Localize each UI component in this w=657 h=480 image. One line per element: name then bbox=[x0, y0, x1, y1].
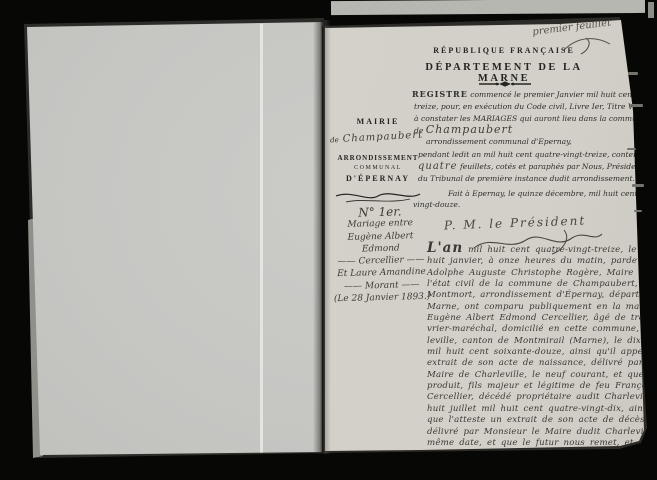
act-body-line: l'état civil de la commune de Champauber… bbox=[427, 279, 653, 290]
act-body-line: vrier-maréchal, domicilié en cette commu… bbox=[427, 324, 653, 335]
act-body: L'an mil huit cent quatre-vingt-treize, … bbox=[427, 243, 653, 449]
act-body-line: délivré par Monsieur le Maire dudit Char… bbox=[427, 427, 653, 438]
act-initial: L'an bbox=[427, 240, 463, 256]
act-body-line: produit, fils majeur et légitime de feu … bbox=[427, 381, 653, 392]
epernay-label: D'ÉPERNAY bbox=[334, 174, 422, 183]
act-body-line: mil huit cent soixante-douze, ainsi qu'i… bbox=[427, 347, 653, 358]
registre-line-4: de Champaubert bbox=[414, 124, 513, 137]
registre-line-6: pendant ledit an mil huit cent quatre-vi… bbox=[418, 149, 650, 161]
ornament-divider bbox=[477, 80, 533, 88]
republique-title: RÉPUBLIQUE FRANÇAISE bbox=[428, 46, 580, 55]
registre-line-1: REGISTRE commencé le premier Janvier mil… bbox=[412, 89, 657, 101]
register-photo: premier feuillet RÉPUBLIQUE FRANÇAISE DÉ… bbox=[0, 0, 657, 480]
act-body-line: huit juillet mil huit cent quatre-vingt-… bbox=[427, 404, 653, 415]
page-fold-streak bbox=[260, 24, 263, 454]
act-margin-line: (Le 28 Janvier 1893.) bbox=[331, 291, 433, 306]
page-stack-mark bbox=[648, 2, 654, 18]
act-body-line: Maire de Charleville, le neuf courant, e… bbox=[427, 370, 653, 381]
registre-line-5: arrondissement communal d'Epernay, bbox=[426, 136, 572, 148]
handwritten-feuillets-count: quatre bbox=[418, 161, 458, 172]
registre-line-8: du Tribunal de première instance dudit a… bbox=[418, 173, 635, 185]
act-body-line: huit janvier, à onze heures du matin, pa… bbox=[427, 256, 653, 267]
communal-label: COMMUNAL bbox=[334, 165, 422, 171]
act-body-line: Montmort, arrondissement d'Épernay, dépa… bbox=[427, 290, 653, 301]
mairie-commune-line: de Champaubert bbox=[330, 125, 424, 148]
act-margin-note: N° 1er. Mariage entre Eugène Albert Edmo… bbox=[329, 205, 434, 306]
act-body-line: Cercellier, décédé propriétaire audit Ch… bbox=[427, 392, 653, 403]
act-margin-line: Eugène Albert Edmond bbox=[329, 229, 432, 256]
de-label: de bbox=[330, 136, 339, 144]
handwritten-commune: Champaubert bbox=[426, 123, 513, 136]
act-body-line: leville, canton de Montmirail (Marne), l… bbox=[427, 336, 653, 347]
registre-word: REGISTRE bbox=[412, 89, 468, 99]
book-top-edge bbox=[331, 0, 645, 15]
fait-line-1: Fait à Epernay, le quinze décembre, mil … bbox=[448, 188, 657, 200]
act-body-line: Marne, ont comparu publiquement en la ma… bbox=[427, 302, 653, 313]
act-body-line: extrait de son acte de naissance, délivr… bbox=[427, 358, 653, 369]
book-gutter bbox=[313, 20, 331, 454]
page-stack-mark bbox=[628, 72, 638, 75]
handwritten-commune-margin: Champaubert bbox=[342, 130, 423, 145]
arrondissement-label: ARRONDISSEMENT bbox=[334, 154, 422, 162]
act-body-line: L'an mil huit cent quatre-vingt-treize, … bbox=[427, 243, 653, 256]
act-body-line: que l'atteste un extrait de son acte de … bbox=[427, 415, 653, 426]
act-body-line: Eugène Albert Edmond Cercellier, âgé de … bbox=[427, 313, 653, 324]
registre-line-7: quatre feuillets, cotés et paraphés par … bbox=[418, 161, 644, 173]
registre-line-2: treize, pour, en exécution du Code civil… bbox=[414, 101, 657, 113]
act-body-line: Adolphe Auguste Christophe Rogère, Maire… bbox=[427, 268, 653, 279]
